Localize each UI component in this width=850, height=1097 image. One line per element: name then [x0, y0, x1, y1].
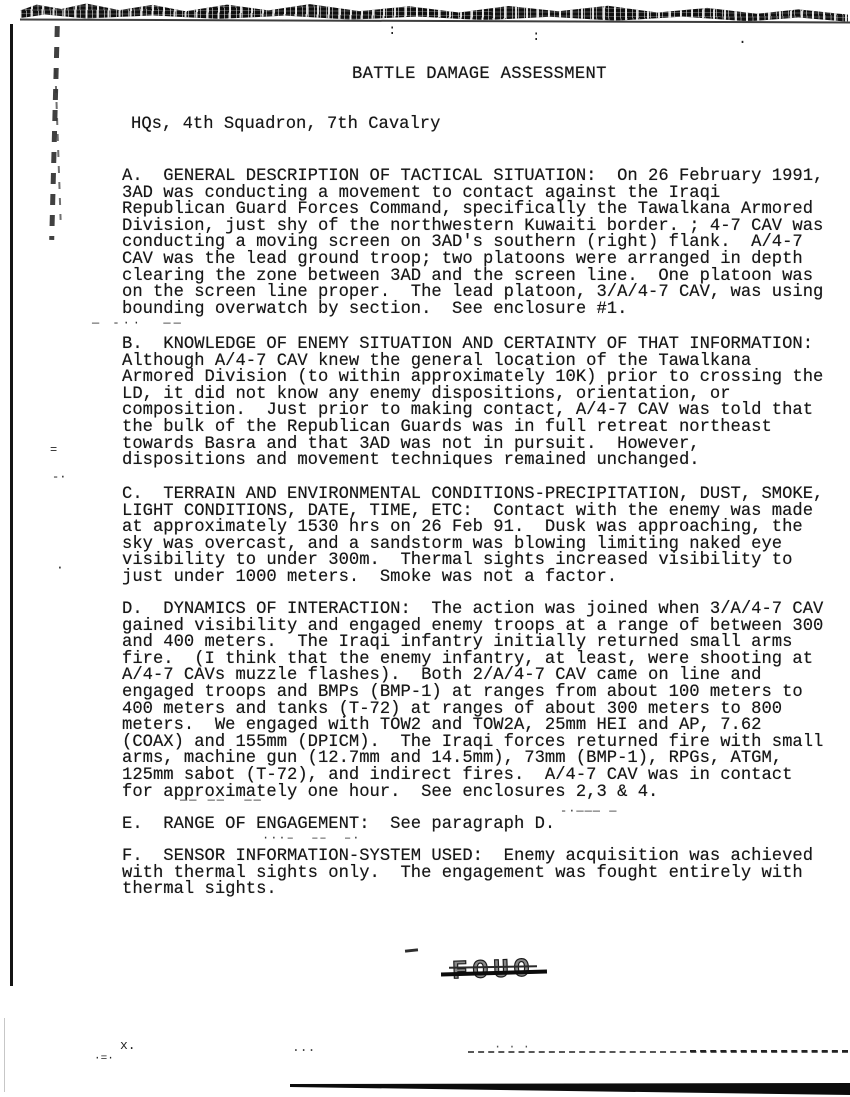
margin-mark-1: =: [50, 443, 57, 457]
paragraph-a: A. GENERAL DESCRIPTION OF TACTICAL SITUA…: [122, 169, 823, 318]
speck-colon-2: :: [532, 29, 540, 45]
document-title: BATTLE DAMAGE ASSESSMENT: [352, 65, 607, 84]
unit-header: HQs, 4th Squadron, 7th Cavalry: [131, 115, 440, 134]
text-line: just under 1000 meters. Smoke was not a …: [122, 570, 823, 587]
text-line: dispositions and movement techniques rem…: [122, 453, 823, 470]
smudge-under-paragraph-a: — -·· ——: [92, 316, 184, 330]
paragraph-f: F. SENSOR INFORMATION-SYSTEM USED: Enemy…: [122, 849, 813, 899]
speck-colon-1: :: [388, 23, 396, 39]
text-line: thermal sights.: [122, 882, 813, 899]
bottom-dashed-line-dark: [690, 1050, 848, 1052]
margin-mark-3: ·: [56, 560, 64, 575]
smudge-above-paragraph-f: ···– –– –·: [262, 831, 360, 845]
paragraph-b: B. KNOWLEDGE OF ENEMY SITUATION AND CERT…: [122, 337, 823, 470]
x-mark-bottom-left: x.: [120, 1038, 136, 1053]
text-line: bounding overwatch by section. See enclo…: [122, 302, 823, 319]
stamp-tick-mark: [405, 948, 418, 952]
scanned-document-page: BATTLE DAMAGE ASSESSMENT HQs, 4th Squadr…: [0, 0, 850, 1097]
smudge-above-paragraph-e: -·——— —: [560, 804, 617, 818]
paragraph-c: C. TERRAIN AND ENVIRONMENTAL CONDITIONS-…: [122, 487, 823, 587]
scan-bottom-edge-line: [0, 1067, 850, 1097]
equals-mark-bottom-left: ·=·: [94, 1053, 114, 1065]
smudge-under-paragraph-d: —— —— ——: [180, 793, 263, 807]
speck-dot-1: .: [738, 31, 747, 48]
dots-bottom-1: ...: [292, 1040, 315, 1055]
scan-left-edge-line: [10, 24, 13, 986]
margin-mark-2: -·: [52, 470, 66, 484]
paragraph-d: D. DYNAMICS OF INTERACTION: The action w…: [122, 602, 823, 801]
